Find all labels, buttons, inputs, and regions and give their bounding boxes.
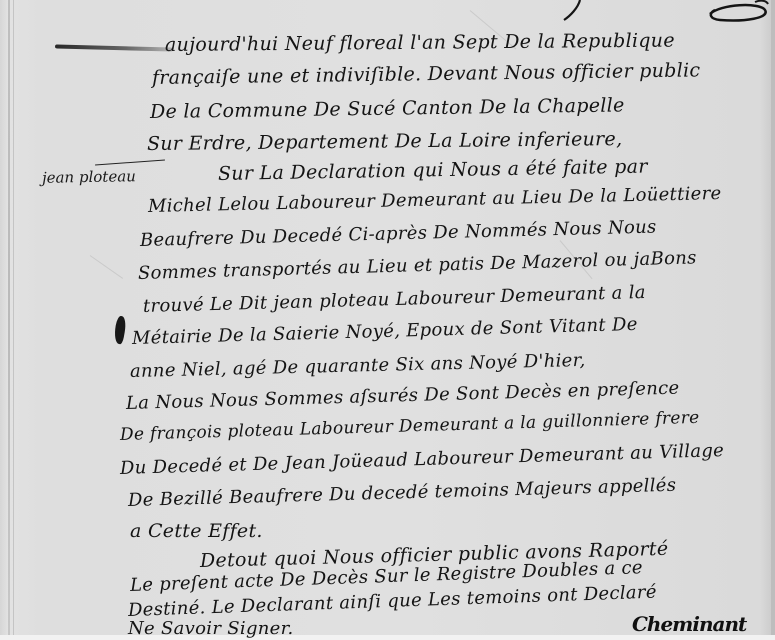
scanned-register-page: jean ploteau aujourd'hui Neuf floreal l'…	[0, 0, 775, 640]
text-line-5: Sur La Declaration qui Nous a été faite …	[218, 156, 648, 185]
text-line-3: De la Commune De Sucé Canton De la Chape…	[150, 94, 625, 123]
margin-name-annotation: jean ploteau	[42, 167, 136, 187]
text-line-11: anne Niel, agé De quarante Six ans Noyé …	[130, 350, 586, 382]
margin-dash-mark	[55, 44, 173, 51]
text-line-13: De françois ploteau Laboureur Demeurant …	[120, 408, 700, 445]
text-line-10: Métairie De la Saierie Noyé, Epoux de So…	[132, 314, 638, 349]
text-line-15: De Bezillé Beaufrere Du decedé temoins M…	[128, 475, 677, 511]
text-line-2: françaiſe une et indiviſible. Devant Nou…	[152, 59, 701, 89]
text-line-14: Du Decedé et De Jean Joüeaud Laboureur D…	[120, 440, 725, 479]
text-line-16: a Cette Effet.	[130, 520, 263, 542]
page-fold-line	[13, 0, 14, 640]
page-right-edge	[771, 0, 775, 640]
officer-signature: Cheminant	[632, 612, 746, 636]
ink-blot	[113, 315, 128, 344]
text-line-20: Ne Savoir Signer.	[128, 618, 294, 639]
text-line-6: Michel Lelou Laboureur Demeurant au Lieu…	[148, 183, 722, 217]
page-fold-shadow	[8, 0, 10, 640]
text-line-8: Sommes transportés au Lieu et patis De M…	[138, 247, 697, 284]
text-line-4: Sur Erdre, Departement De La Loire infer…	[147, 128, 623, 155]
margin-underline	[95, 160, 165, 166]
text-line-1: aujourd'hui Neuf floreal l'an Sept De la…	[165, 30, 675, 56]
top-flourish-icon	[560, 0, 775, 30]
text-line-12: La Nous Nous Sommes aſsurés De Sont Decè…	[126, 378, 680, 414]
text-line-7: Beaufrere Du Decedé Ci-après De Nommés N…	[140, 216, 657, 251]
bleed-through-mark	[90, 255, 123, 279]
text-line-9: trouvé Le Dit jean ploteau Laboureur Dem…	[143, 282, 646, 317]
